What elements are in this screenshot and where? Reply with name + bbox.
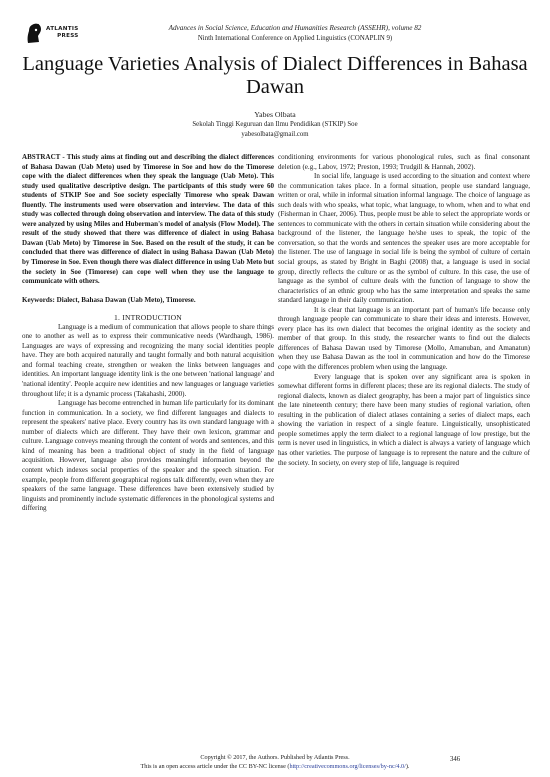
- body-paragraph: Every language that is spoken over any s…: [278, 373, 530, 468]
- body-paragraph: Language is a medium of communication th…: [22, 323, 274, 399]
- page-number: 346: [450, 756, 460, 763]
- right-column: conditioning environments for various ph…: [278, 153, 530, 468]
- author-affiliation: Sekolah Tinggi Keguruan dan Ilmu Pendidi…: [0, 120, 550, 130]
- author-email[interactable]: yabesolbata@gmail.com: [0, 130, 550, 140]
- journal-header: Advances in Social Science, Education an…: [0, 24, 550, 32]
- body-paragraph: conditioning environments for various ph…: [278, 153, 530, 172]
- copyright-notice: Copyright © 2017, the Authors. Published…: [0, 753, 550, 762]
- license-link[interactable]: http://creativecommons.org/licenses/by-n…: [289, 763, 405, 770]
- author-block: Yabes Olbata Sekolah Tinggi Keguruan dan…: [0, 110, 550, 139]
- section-heading-introduction: 1. INTRODUCTION: [22, 313, 274, 323]
- body-paragraph: Language has become entrenched in human …: [22, 399, 274, 514]
- body-paragraph: In social life, language is used accordi…: [278, 172, 530, 306]
- conference-header: Ninth International Conference on Applie…: [0, 35, 550, 42]
- author-name: Yabes Olbata: [254, 110, 295, 119]
- license-notice: This is an open access article under the…: [0, 762, 550, 771]
- page-footer: Copyright © 2017, the Authors. Published…: [0, 753, 550, 771]
- body-paragraph: It is clear that language is an importan…: [278, 306, 530, 373]
- paper-title: Language Varieties Analysis of Dialect D…: [20, 53, 530, 99]
- abstract: ABSTRACT - This study aims at finding ou…: [22, 153, 274, 287]
- left-column: ABSTRACT - This study aims at finding ou…: [22, 153, 274, 514]
- keywords: Keywords: Dialect, Bahasa Dawan (Uab Met…: [22, 296, 274, 306]
